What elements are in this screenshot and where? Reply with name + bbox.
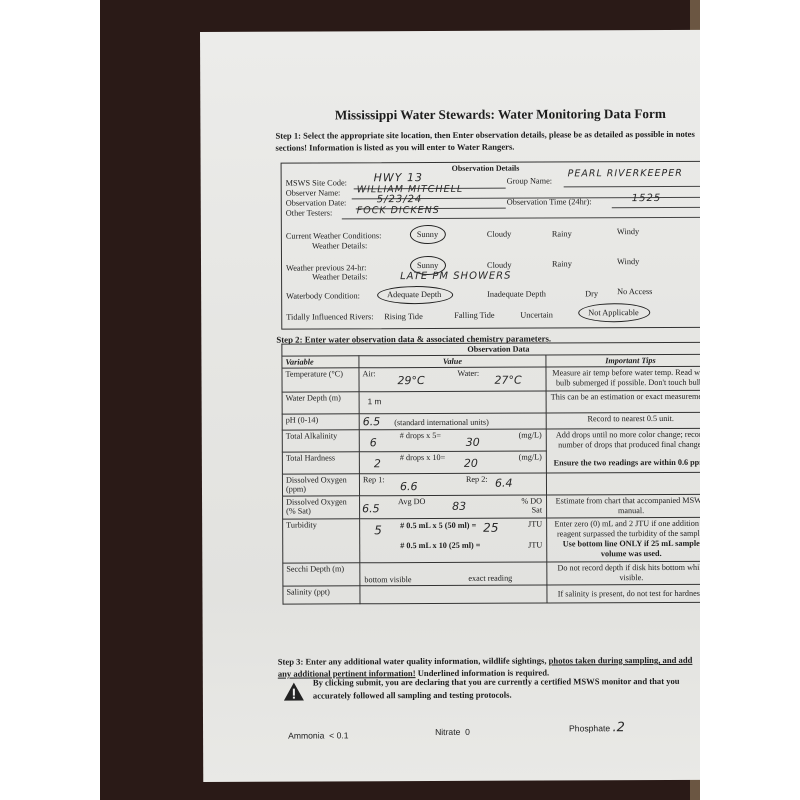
observation-details-box: Observation Details MSWS Site Code: HWY … [281,161,700,330]
ammonia-label: Ammonia [288,730,324,740]
other-testers-value[interactable]: FOCK DICKENS [357,205,440,216]
turbidity-count[interactable]: 5 [374,523,382,537]
observation-date-value[interactable]: 5/23/24 [377,194,423,205]
alkalinity-value-cell[interactable]: 6 # drops x 5= 30 (mg/L) [359,429,546,452]
group-name-label: Group Name: [507,176,552,185]
warning-icon [283,682,305,702]
form-paper: Mississippi Water Stewards: Water Monito… [200,29,700,782]
turbidity-tip-cell: Enter zero (0) mL and 2 JTU if one addit… [547,517,700,562]
previous-weather-details-value[interactable]: LATE PM SHOWERS [400,271,511,282]
observation-time-value[interactable]: 1525 [632,193,662,204]
rep2-label: Rep 2: [466,475,488,484]
hardness-label: Total Hardness [282,452,359,474]
table-row: pH (0-14) 6.5 (standard international un… [282,412,700,430]
hardness-unit: (mg/L) [519,453,542,462]
table-row: Total Alkalinity 6 # drops x 5= 30 (mg/L… [282,428,700,452]
temperature-label: Temperature (°C) [282,368,359,392]
table-row: Water Depth (m) 1 m This can be an estim… [282,390,700,414]
waterbody-dry[interactable]: Dry [585,289,598,298]
hardness-drops[interactable]: 2 [374,457,381,470]
current-weather-windy[interactable]: Windy [617,227,639,236]
observation-date-label: Observation Date: [286,198,347,207]
alkalinity-drops[interactable]: 6 [370,436,377,449]
previous-weather-label: Weather previous 24-hr: [286,263,366,272]
alkalinity-tip: Add drops until no more color change; re… [550,430,700,451]
waterbody-no-access[interactable]: No Access [617,287,652,296]
depth-value[interactable]: 1 m [359,391,546,414]
table-row: Turbidity 5 # 0.5 mL x 5 (50 ml) = 25 JT… [283,517,700,563]
previous-weather-cloudy[interactable]: Cloudy [487,261,511,270]
photo-background: Mississippi Water Stewards: Water Monito… [100,0,700,800]
phosphate-label: Phosphate [569,723,610,733]
site-code-label: MSWS Site Code: [286,178,347,187]
hardness-value-cell[interactable]: 2 # drops x 10= 20 (mg/L) [359,451,546,474]
table-row: Salinity (ppt) If salinity is present, d… [283,584,700,604]
turbidity-unit-1: JTU [528,520,542,529]
salinity-tip: If salinity is present, do not test for … [547,584,700,603]
alkalinity-label: Total Alkalinity [282,430,359,452]
temperature-value-cell[interactable]: Air: 29°C Water: 27°C [359,367,546,392]
turbidity-label: Turbidity [283,519,360,563]
tidal-label: Tidally Influenced Rivers: [286,312,373,321]
depth-label: Water Depth (m) [282,392,359,414]
previous-weather-rainy[interactable]: Rainy [552,259,572,268]
observer-name-label: Observer Name: [286,188,341,197]
ammonia-reading: Ammonia < 0.1 [288,730,348,740]
selection-circle [410,225,446,244]
current-weather-label: Current Weather Conditions: [286,231,382,240]
secchi-label: Secchi Depth (m) [283,563,360,586]
hardness-value[interactable]: 20 [464,457,478,470]
do-ppm-tip [546,472,700,495]
tidal-rising-tide[interactable]: Rising Tide [384,312,423,321]
rep2-value[interactable]: 6.4 [495,477,513,490]
previous-weather-details-label: Weather Details: [312,272,367,281]
salinity-label: Salinity (ppt) [283,586,360,604]
salinity-value-cell[interactable] [360,585,547,604]
alkalinity-hardness-tip-cell: Add drops until no more color change; re… [546,428,700,473]
table-row: Dissolved Oxygen (ppm) Rep 1: 6.6 Rep 2:… [282,472,700,496]
ammonia-value: < 0.1 [329,730,348,740]
alkalinity-value[interactable]: 30 [466,436,480,449]
selection-circle [578,303,650,322]
turbidity-value-50ml[interactable]: 25 [483,521,498,535]
secchi-tip: Do not record depth if disk hits bottom … [547,561,700,585]
form-title: Mississippi Water Stewards: Water Monito… [275,106,700,124]
observation-time-label: Observation Time (24hr): [507,197,592,206]
depth-tip: This can be an estimation or exact measu… [546,390,700,413]
selection-circle [377,286,453,304]
nitrate-value: 0 [465,727,470,737]
rep1-value[interactable]: 6.6 [400,480,418,493]
group-name-value[interactable]: PEARL RIVERKEEPER [568,168,683,180]
turbidity-formula-25ml: # 0.5 mL x 10 (25 ml) = [400,541,480,550]
form-content: Mississippi Water Stewards: Water Monito… [275,30,700,32]
table-row: Temperature (°C) Air: 29°C Water: 27°C M… [282,366,700,392]
hardness-formula: # drops x 10= [400,453,445,462]
observation-details-heading: Observation Details [452,164,520,173]
turbidity-value-cell[interactable]: 5 # 0.5 mL x 5 (50 ml) = 25 JTU # 0.5 mL… [360,518,547,563]
avg-do-label: Avg DO [398,497,425,506]
ph-value[interactable]: 6.5 [363,415,381,428]
rep1-label: Rep 1: [363,475,385,484]
do-sat-label: Dissolved Oxygen (% Sat) [283,496,360,519]
current-weather-rainy[interactable]: Rainy [552,229,572,238]
col-value: Value [359,355,546,368]
turbidity-tip-bold: Use bottom line ONLY if 25 mL sample vol… [563,539,700,558]
site-code-value[interactable]: HWY 13 [374,171,423,184]
phosphate-reading: Phosphate .2 [569,720,625,735]
nitrate-reading: Nitrate 0 [435,727,470,737]
col-tips: Important Tips [546,354,700,367]
turbidity-unit-2: JTU [528,541,542,550]
do-sat-unit: % DO Sat [516,497,542,515]
ph-value-cell[interactable]: 6.5 (standard international units) [359,413,546,430]
table-row: Dissolved Oxygen (% Sat) 6.5 Avg DO 83 %… [283,494,700,519]
turbidity-tip: Enter zero (0) mL and 2 JTU if one addit… [554,519,700,539]
secchi-exact-reading[interactable]: exact reading [468,574,512,583]
col-variable: Variable [282,356,359,368]
hardness-tip: Ensure the two readings are within 0.6 p… [550,458,700,469]
nitrate-label: Nitrate [435,727,460,737]
tidal-uncertain[interactable]: Uncertain [520,310,553,319]
step3-prefix: Step 3: Enter any additional water quali… [278,655,549,666]
air-label: Air: [362,369,375,378]
step1-instructions: Step 1: Select the appropriate site loca… [275,128,700,154]
do-ppm-label: Dissolved Oxygen (ppm) [282,474,359,496]
observation-data-table: Observation Data Variable Value Importan… [281,342,700,605]
do-sat-tip: Estimate from chart that accompanied MSW… [547,494,700,518]
ph-units-note: (standard international units) [394,418,489,427]
tidal-falling-tide[interactable]: Falling Tide [454,311,494,320]
do-ppm-value-cell[interactable]: Rep 1: 6.6 Rep 2: 6.4 [359,473,546,496]
do-sat-value-cell[interactable]: 6.5 Avg DO 83 % DO Sat [360,495,547,519]
phosphate-value: .2 [612,720,624,735]
temperature-tip: Measure air temp before water temp. Read… [546,366,700,391]
previous-weather-windy[interactable]: Windy [617,257,639,266]
alkalinity-formula: # drops x 5= [400,431,441,440]
current-weather-cloudy[interactable]: Cloudy [487,230,511,239]
secchi-value-cell[interactable]: bottom visible exact reading [360,562,547,586]
declaration-text: By clicking submit, you are declaring th… [313,675,683,703]
current-weather-details-label: Weather Details: [312,241,367,250]
do-sat-value[interactable]: 83 [452,500,466,513]
secchi-bottom-visible[interactable]: bottom visible [364,575,411,584]
turbidity-formula-50ml: # 0.5 mL x 5 (50 ml) = [400,521,476,530]
table-row: Secchi Depth (m) bottom visible exact re… [283,561,700,586]
other-testers-label: Other Testers: [286,208,333,217]
alkalinity-unit: (mg/L) [519,431,542,440]
water-temp-value[interactable]: 27°C [494,374,521,387]
ph-tip: Record to nearest 0.5 unit. [546,412,700,429]
water-label: Water: [457,369,479,378]
air-temp-value[interactable]: 29°C [397,374,424,387]
ph-label: pH (0-14) [282,414,359,430]
avg-do-value[interactable]: 6.5 [362,502,380,515]
waterbody-inadequate-depth[interactable]: Inadequate Depth [487,289,546,298]
waterbody-condition-label: Waterbody Condition: [286,291,360,300]
